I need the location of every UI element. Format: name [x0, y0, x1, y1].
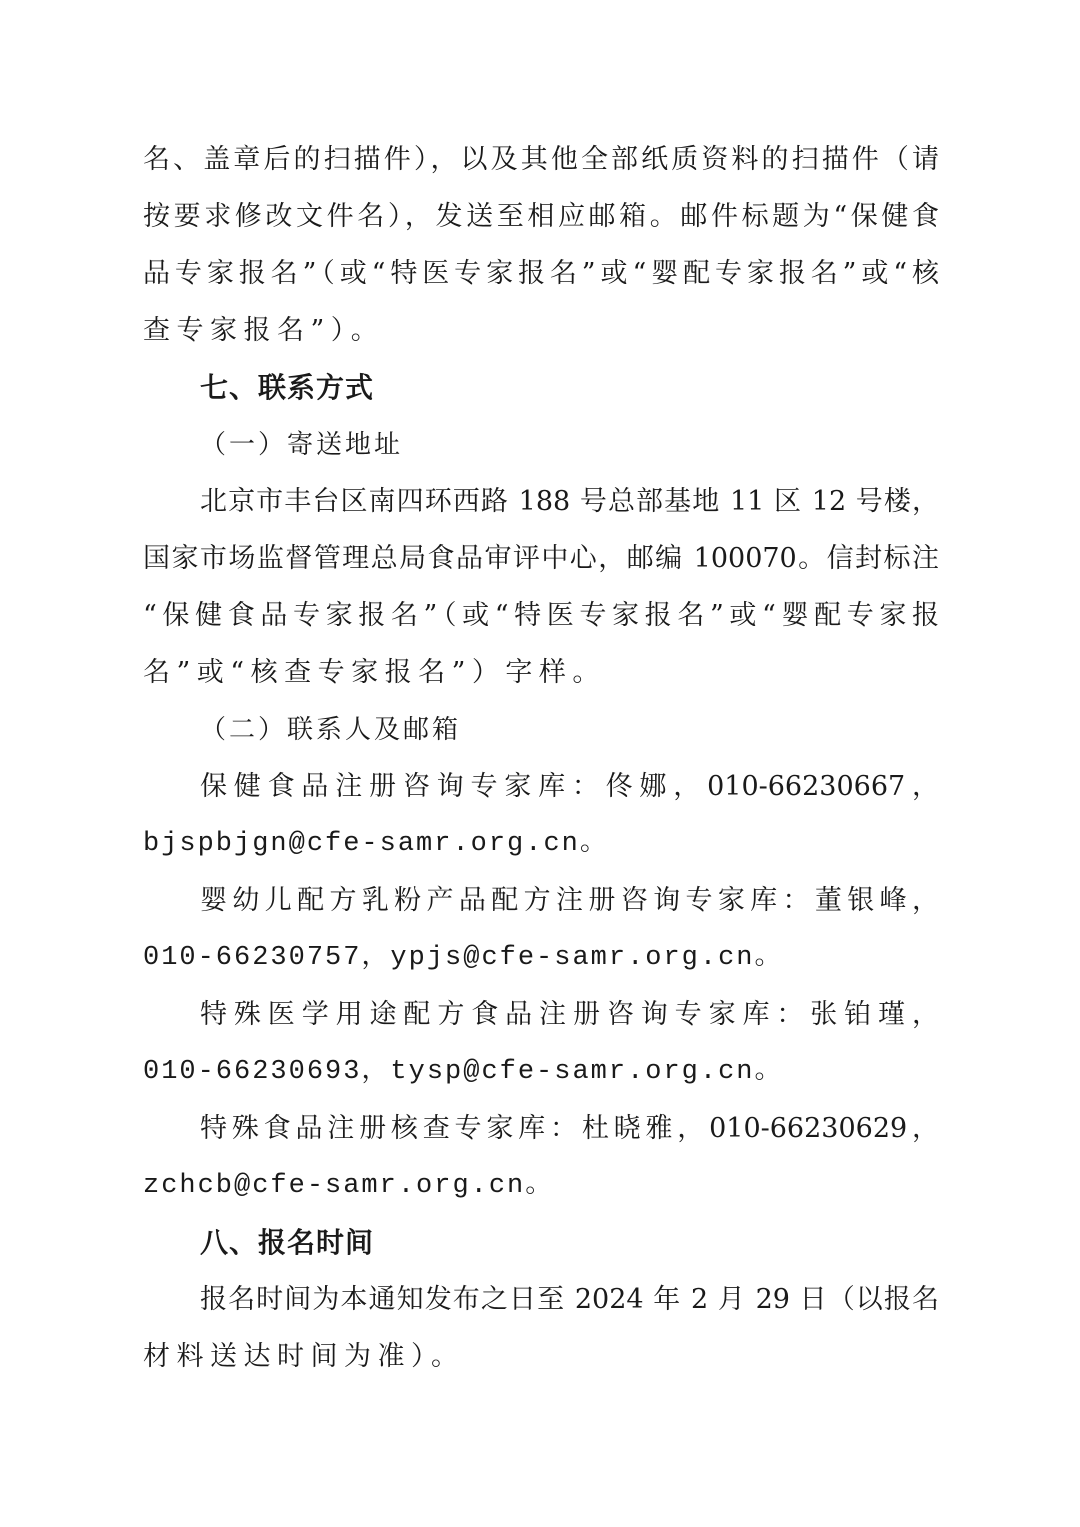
- paragraph-line: 品专家报名”（或“特医专家报名”或“婴配专家报名”或“核: [143, 254, 939, 294]
- section-heading-registration-time: 八、报名时间: [200, 1223, 374, 1263]
- contact-email-line: bjspbjgn@cfe-samr.org.cn。: [143, 824, 609, 864]
- contact-email-line: 010-66230757，ypjs@cfe-samr.org.cn。: [143, 938, 783, 978]
- paragraph-line: 名、盖章后的扫描件），以及其他全部纸质资料的扫描件（请: [143, 140, 939, 180]
- address-line: 北京市丰台区南四环西路 188 号总部基地 11 区 12 号楼，: [200, 482, 939, 522]
- registration-time-line: 材料送达时间为准）。: [143, 1337, 465, 1377]
- paragraph-line: 查专家报名”）。: [143, 311, 384, 351]
- contact-email-line: 010-66230693，tysp@cfe-samr.org.cn。: [143, 1052, 783, 1092]
- address-line: 国家市场监督管理总局食品审评中心，邮编 100070。信封标注: [143, 539, 939, 579]
- address-line: “保健食品专家报名”（或“特医专家报名”或“婴配专家报: [143, 596, 939, 636]
- subheading-mailing-address: （一）寄送地址: [200, 425, 403, 465]
- registration-time-line: 报名时间为本通知发布之日至 2024 年 2 月 29 日（以报名: [200, 1280, 939, 1320]
- contact-line: 特殊食品注册核查专家库：杜晓雅，010-66230629，: [200, 1109, 939, 1149]
- contact-email-line: zchcb@cfe-samr.org.cn。: [143, 1166, 554, 1206]
- address-line: 名”或“核查专家报名”）字样。: [143, 653, 606, 693]
- contact-line: 婴幼儿配方乳粉产品配方注册咨询专家库：董银峰，: [200, 881, 939, 921]
- section-heading-contact: 七、联系方式: [200, 368, 374, 408]
- paragraph-line: 按要求修改文件名），发送至相应邮箱。邮件标题为“保健食: [143, 197, 939, 237]
- contact-line: 保健食品注册咨询专家库：佟娜，010-66230667，: [200, 767, 939, 807]
- contact-line: 特殊医学用途配方食品注册咨询专家库：张铂瑾，: [200, 995, 939, 1035]
- subheading-contacts-emails: （二）联系人及邮箱: [200, 710, 461, 750]
